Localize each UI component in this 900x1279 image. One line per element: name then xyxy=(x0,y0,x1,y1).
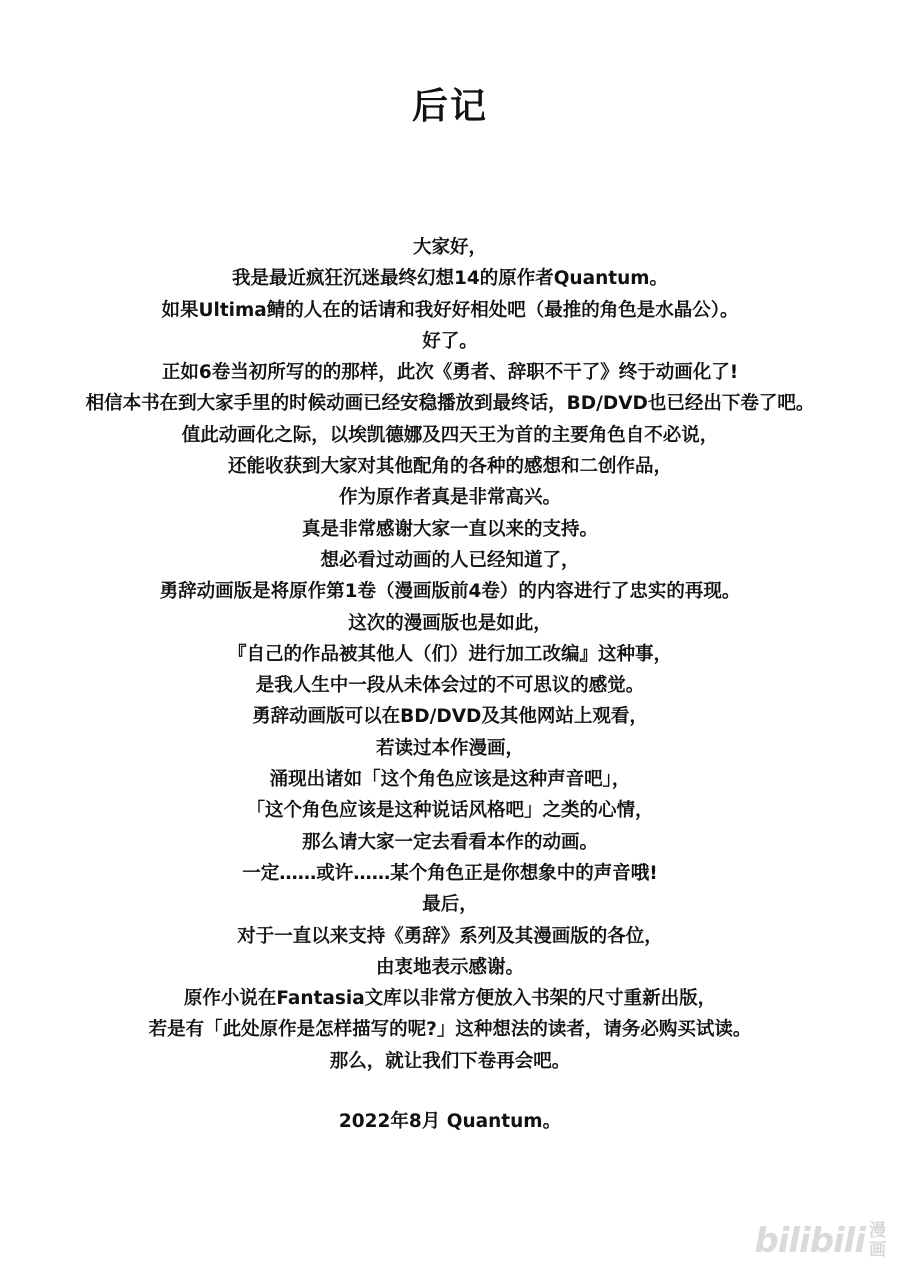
text-line: 是我人生中一段从未体会过的不可思议的感觉。 xyxy=(0,670,900,701)
text-line: 值此动画化之际，以埃凯德娜及四天王为首的主要角色自不必说， xyxy=(0,420,900,451)
text-line: 作为原作者真是非常高兴。 xyxy=(0,482,900,513)
text-line: 对于一直以来支持《勇辞》系列及其漫画版的各位， xyxy=(0,921,900,952)
text-line: 那么，就让我们下卷再会吧。 xyxy=(0,1046,900,1077)
text-line: 由衷地表示感谢。 xyxy=(0,952,900,983)
text-line: 「这个角色应该是这种说话风格吧」之类的心情， xyxy=(0,795,900,826)
text-line: 涌现出诸如「这个角色应该是这种声音吧」， xyxy=(0,764,900,795)
bilibili-manga-watermark: bilibili 漫 画 xyxy=(754,1221,886,1261)
text-line: 最后， xyxy=(0,889,900,920)
text-line: 相信本书在到大家手里的时候动画已经安稳播放到最终话，BD/DVD也已经出下卷了吧… xyxy=(0,388,900,419)
text-line: 我是最近疯狂沉迷最终幻想14的原作者Quantum。 xyxy=(0,263,900,294)
text-line: 正如6卷当初所写的的那样，此次《勇者、辞职不干了》终于动画化了! xyxy=(0,357,900,388)
text-line: 还能收获到大家对其他配角的各种的感想和二创作品， xyxy=(0,451,900,482)
text-line: 那么请大家一定去看看本作的动画。 xyxy=(0,827,900,858)
manga-tag-top: 漫 xyxy=(869,1222,886,1241)
text-line: 勇辞动画版是将原作第1卷（漫画版前4卷）的内容进行了忠实的再现。 xyxy=(0,576,900,607)
afterword-body: 大家好， 我是最近疯狂沉迷最终幻想14的原作者Quantum。 如果Ultima… xyxy=(0,232,900,1077)
bilibili-logo-icon: bilibili xyxy=(754,1221,865,1261)
text-line: 大家好， xyxy=(0,232,900,263)
manga-tag: 漫 画 xyxy=(869,1222,886,1260)
text-line: 一定……或许……某个角色正是你想象中的声音哦! xyxy=(0,858,900,889)
manga-tag-bottom: 画 xyxy=(869,1241,886,1260)
text-line: 如果Ultima鲭的人在的话请和我好好相处吧（最推的角色是水晶公）。 xyxy=(0,295,900,326)
text-line: 想必看过动画的人已经知道了， xyxy=(0,545,900,576)
text-line: 勇辞动画版可以在BD/DVD及其他网站上观看， xyxy=(0,701,900,732)
signature: 2022年8月 Quantum。 xyxy=(0,1106,900,1138)
text-line: 好了。 xyxy=(0,326,900,357)
text-line: 原作小说在Fantasia文库以非常方便放入书架的尺寸重新出版， xyxy=(0,983,900,1014)
text-line: 『自己的作品被其他人（们）进行加工改编』这种事， xyxy=(0,639,900,670)
text-line: 若是有「此处原作是怎样描写的呢?」这种想法的读者，请务必购买试读。 xyxy=(0,1014,900,1045)
page-title: 后记 xyxy=(0,82,900,132)
text-line: 真是非常感谢大家一直以来的支持。 xyxy=(0,514,900,545)
text-line: 若读过本作漫画， xyxy=(0,733,900,764)
text-line: 这次的漫画版也是如此， xyxy=(0,608,900,639)
